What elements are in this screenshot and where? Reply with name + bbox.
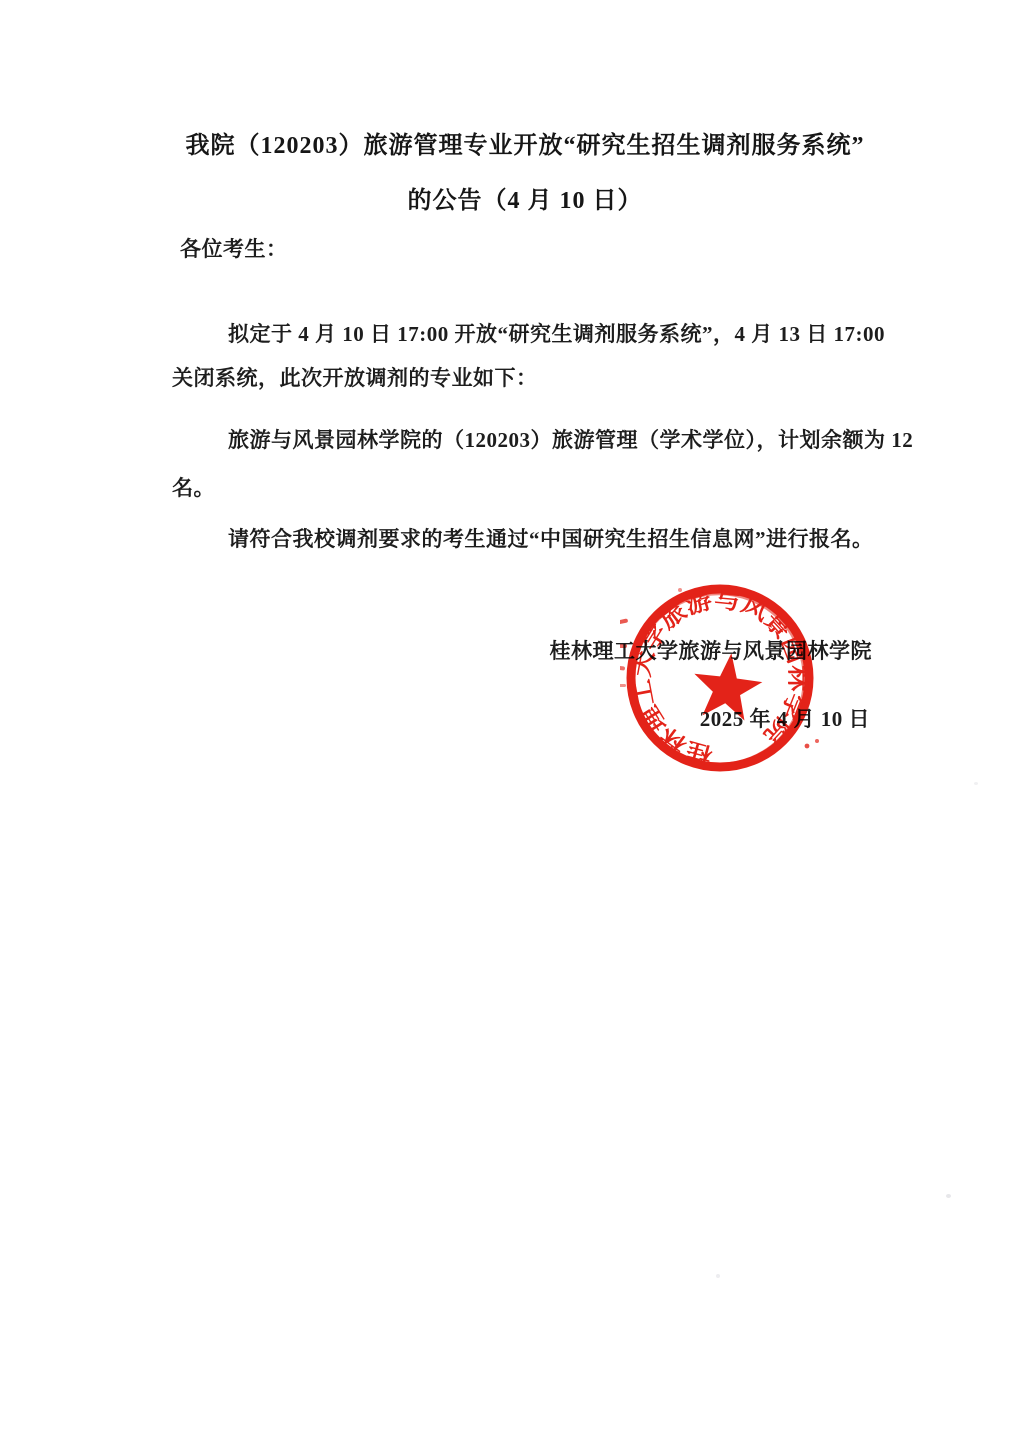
scanner-noise-speck bbox=[974, 782, 978, 785]
scanner-noise-speck bbox=[946, 1194, 951, 1198]
document-title-line-2: 的公告（4 月 10 日） bbox=[172, 189, 878, 213]
scanner-noise-speck bbox=[716, 1274, 720, 1278]
paragraph-3-line-1: 请符合我校调剂要求的考生通过“中国研究生招生信息网”进行报名。 bbox=[228, 529, 874, 550]
official-seal-stamp: 桂林理工大学旅游与风景园林学院 bbox=[620, 578, 820, 778]
paragraph-1-line-2: 关闭系统，此次开放调剂的专业如下： bbox=[172, 368, 538, 389]
announcement-document-page: 我院（120203）旅游管理专业开放“研究生招生调剂服务系统” 的公告（4 月 … bbox=[0, 0, 1024, 1449]
salutation: 各位考生： bbox=[180, 239, 288, 260]
star-icon bbox=[689, 649, 765, 722]
paragraph-2-line-1: 旅游与风景园林学院的（120203）旅游管理（学术学位），计划余额为 12 bbox=[228, 430, 913, 451]
document-title-line-1: 我院（120203）旅游管理专业开放“研究生招生调剂服务系统” bbox=[172, 134, 878, 158]
paragraph-1-line-1: 拟定于 4 月 10 日 17:00 开放“研究生调剂服务系统”，4 月 13 … bbox=[228, 324, 885, 345]
paragraph-2-line-2: 名。 bbox=[172, 478, 215, 499]
